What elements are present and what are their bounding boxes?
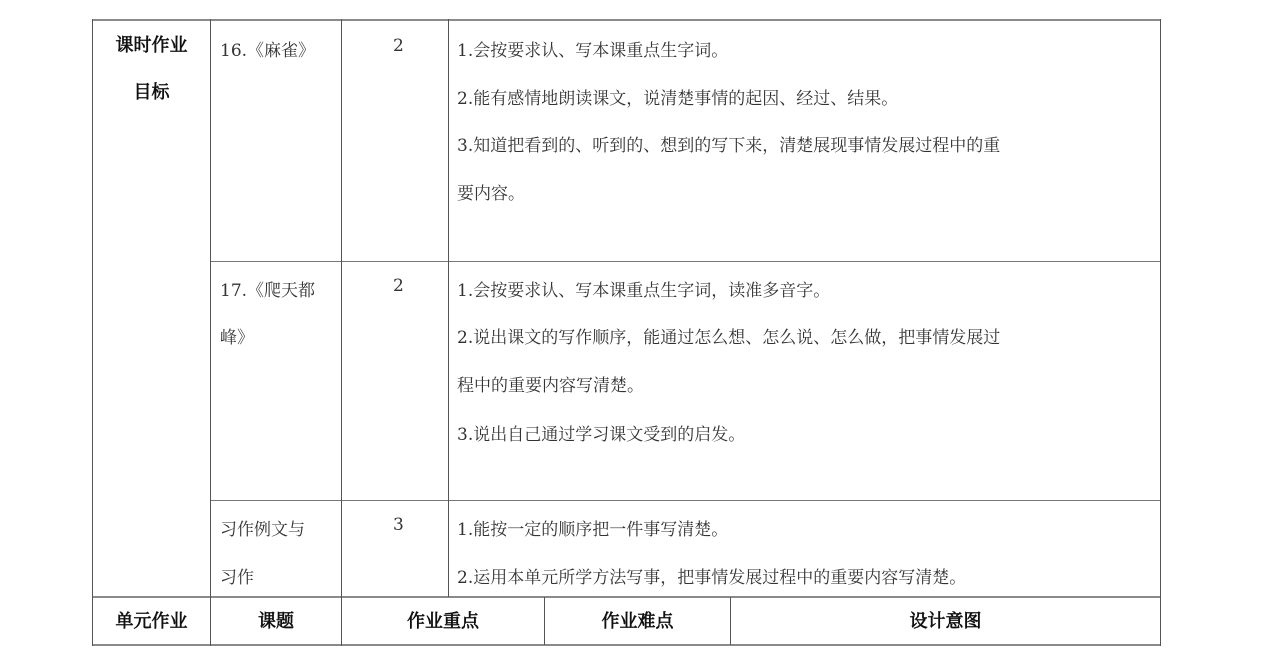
lesson-periods: 3 [393,515,404,535]
section-label: 课时作业 目标 [93,34,210,105]
section-label-line2: 目标 [93,81,210,105]
lesson-title: 17.《爬天都 [220,276,315,301]
lesson-goal: 2.运用本单元所学方法写事，把事情发展过程中的重要内容写清楚。 [457,563,966,588]
lesson-goal: 1.能按一定的顺序把一件事写清楚。 [457,515,728,540]
row-divider-1 [210,261,1161,262]
lesson-title: 习作 [220,563,254,588]
lesson-goal: 3.知道把看到的、听到的、想到的写下来，清楚展现事情发展过程中的重 [457,131,1000,156]
unit-label: 单元作业 [93,610,210,634]
lesson-title: 16.《麻雀》 [220,36,315,61]
unit-col-intent: 设计意图 [731,610,1160,634]
lesson-goal: 3.说出自己通过学习课文受到的启发。 [457,420,745,445]
unit-col-difficulty: 作业难点 [545,610,730,634]
lesson-periods: 2 [393,36,404,56]
lesson-goal: 2.能有感情地朗读课文，说清楚事情的起因、经过、结果。 [457,84,898,109]
lesson-title: 峰》 [220,323,254,348]
col-divider-2 [341,19,342,646]
row-divider-3 [92,596,1161,598]
lesson-periods: 2 [393,276,404,296]
table-top-border [92,19,1161,21]
col-divider-1 [210,19,211,646]
lesson-goal: 2.说出课文的写作顺序，能通过怎么想、怎么说、怎么做，把事情发展过 [457,323,1000,348]
lesson-goal: 程中的重要内容写清楚。 [457,371,644,396]
lesson-goal: 1.会按要求认、写本课重点生字词。 [457,36,728,61]
unit-col-topic: 课题 [211,610,341,634]
table-bottom-border [92,644,1161,646]
section-label-line1: 课时作业 [93,34,210,58]
table-right-border [1160,19,1161,646]
unit-col-focus: 作业重点 [342,610,544,634]
col-divider-3 [448,19,449,597]
row-divider-2 [210,500,1161,501]
lesson-goal: 1.会按要求认、写本课重点生字词，读准多音字。 [457,276,830,301]
lesson-title: 习作例文与 [220,515,305,540]
lesson-goal: 要内容。 [457,179,525,204]
table-left-border [92,19,93,646]
